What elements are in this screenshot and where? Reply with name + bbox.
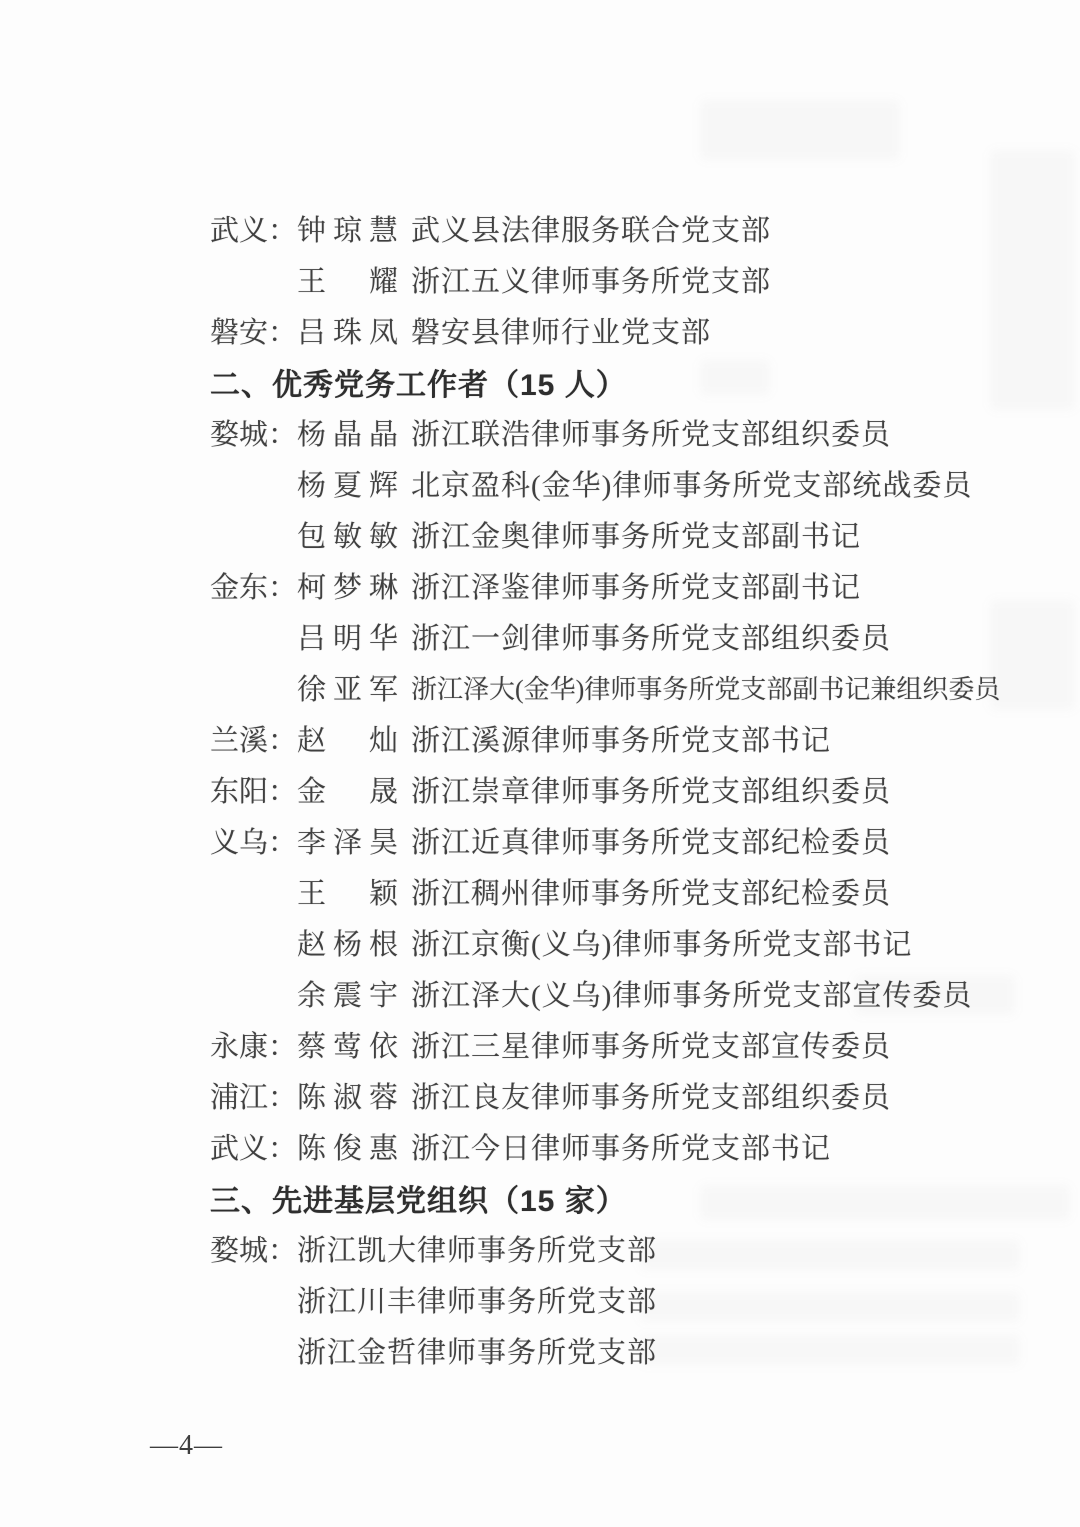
person-name: 包敏敏 — [297, 514, 411, 555]
region-label: 永康： — [210, 1024, 297, 1065]
region-label: 磐安： — [210, 310, 297, 351]
list-item: 磐安：吕珠凤磐安县律师行业党支部 — [210, 305, 1070, 356]
person-name: 余震宇 — [297, 973, 411, 1014]
section-heading: 三、先进基层党组织（15 家） — [210, 1172, 1070, 1223]
organization-name: 北京盈科(金华)律师事务所党支部统战委员 — [411, 463, 972, 504]
list-item: 浙江川丰律师事务所党支部 — [210, 1274, 1070, 1325]
list-item: 浙江金哲律师事务所党支部 — [210, 1325, 1070, 1376]
list-item: 杨夏辉北京盈科(金华)律师事务所党支部统战委员 — [210, 458, 1070, 509]
organization-name: 浙江金哲律师事务所党支部 — [297, 1330, 657, 1371]
organization-name: 浙江金奥律师事务所党支部副书记 — [411, 514, 861, 555]
person-name: 柯梦琳 — [297, 565, 411, 606]
person-name: 李泽昊 — [297, 820, 411, 861]
list-item: 王 颖浙江稠州律师事务所党支部纪检委员 — [210, 866, 1070, 917]
list-item: 吕明华浙江一剑律师事务所党支部组织委员 — [210, 611, 1070, 662]
list-item: 王 耀浙江五义律师事务所党支部 — [210, 254, 1070, 305]
organization-name: 浙江泽大(金华)律师事务所党支部副书记兼组织委员 — [411, 669, 1000, 706]
person-name: 钟琼慧 — [297, 208, 411, 249]
person-name: 吕珠凤 — [297, 310, 411, 351]
person-name: 赵杨根 — [297, 922, 411, 963]
list-item: 武义：钟琼慧武义县法律服务联合党支部 — [210, 203, 1070, 254]
person-name: 赵 灿 — [297, 718, 411, 759]
list-item: 余震宇浙江泽大(义乌)律师事务所党支部宣传委员 — [210, 968, 1070, 1019]
list-item: 包敏敏浙江金奥律师事务所党支部副书记 — [210, 509, 1070, 560]
organization-name: 浙江泽鉴律师事务所党支部副书记 — [411, 565, 861, 606]
list-item: 东阳：金 晟浙江崇章律师事务所党支部组织委员 — [210, 764, 1070, 815]
organization-name: 浙江泽大(义乌)律师事务所党支部宣传委员 — [411, 973, 972, 1014]
list-item: 浦江：陈淑蓉浙江良友律师事务所党支部组织委员 — [210, 1070, 1070, 1121]
person-name: 蔡莺依 — [297, 1024, 411, 1065]
person-name: 徐亚军 — [297, 667, 411, 708]
organization-name: 磐安县律师行业党支部 — [411, 310, 711, 351]
organization-name: 浙江凯大律师事务所党支部 — [297, 1228, 657, 1269]
organization-name: 浙江五义律师事务所党支部 — [411, 259, 771, 300]
list-item: 婺城：杨晶晶浙江联浩律师事务所党支部组织委员 — [210, 407, 1070, 458]
organization-name: 浙江溪源律师事务所党支部书记 — [411, 718, 831, 759]
list-item: 义乌：李泽昊浙江近真律师事务所党支部纪检委员 — [210, 815, 1070, 866]
region-label: 武义： — [210, 1126, 297, 1167]
organization-name: 浙江良友律师事务所党支部组织委员 — [411, 1075, 891, 1116]
region-label: 兰溪： — [210, 718, 297, 759]
organization-name: 浙江京衡(义乌)律师事务所党支部书记 — [411, 922, 912, 963]
list-item: 徐亚军浙江泽大(金华)律师事务所党支部副书记兼组织委员 — [210, 662, 1070, 713]
bleed-through-mark — [700, 100, 900, 160]
list-item: 婺城：浙江凯大律师事务所党支部 — [210, 1223, 1070, 1274]
organization-name: 浙江川丰律师事务所党支部 — [297, 1279, 657, 1320]
person-name: 陈俊惠 — [297, 1126, 411, 1167]
region-label: 婺城： — [210, 1228, 297, 1269]
organization-name: 浙江近真律师事务所党支部纪检委员 — [411, 820, 891, 861]
scanned-document-page: 武义：钟琼慧武义县法律服务联合党支部王 耀浙江五义律师事务所党支部磐安：吕珠凤磐… — [0, 0, 1080, 1527]
person-name: 杨晶晶 — [297, 412, 411, 453]
award-list: 武义：钟琼慧武义县法律服务联合党支部王 耀浙江五义律师事务所党支部磐安：吕珠凤磐… — [210, 203, 1070, 1376]
organization-name: 浙江一剑律师事务所党支部组织委员 — [411, 616, 891, 657]
list-item: 金东：柯梦琳浙江泽鉴律师事务所党支部副书记 — [210, 560, 1070, 611]
organization-name: 浙江联浩律师事务所党支部组织委员 — [411, 412, 891, 453]
organization-name: 浙江今日律师事务所党支部书记 — [411, 1126, 831, 1167]
region-label: 义乌： — [210, 820, 297, 861]
region-label: 婺城： — [210, 412, 297, 453]
region-label: 武义： — [210, 208, 297, 249]
list-item: 赵杨根浙江京衡(义乌)律师事务所党支部书记 — [210, 917, 1070, 968]
person-name: 杨夏辉 — [297, 463, 411, 504]
organization-name: 浙江三星律师事务所党支部宣传委员 — [411, 1024, 891, 1065]
region-label: 东阳： — [210, 769, 297, 810]
person-name: 吕明华 — [297, 616, 411, 657]
region-label: 金东： — [210, 565, 297, 606]
list-item: 兰溪：赵 灿浙江溪源律师事务所党支部书记 — [210, 713, 1070, 764]
person-name: 金 晟 — [297, 769, 411, 810]
page-number: —4— — [150, 1430, 223, 1462]
organization-name: 浙江稠州律师事务所党支部纪检委员 — [411, 871, 891, 912]
person-name: 陈淑蓉 — [297, 1075, 411, 1116]
organization-name: 浙江崇章律师事务所党支部组织委员 — [411, 769, 891, 810]
organization-name: 武义县法律服务联合党支部 — [411, 208, 771, 249]
person-name: 王 耀 — [297, 259, 411, 300]
section-heading: 二、优秀党务工作者（15 人） — [210, 356, 1070, 407]
person-name: 王 颖 — [297, 871, 411, 912]
region-label: 浦江： — [210, 1075, 297, 1116]
list-item: 永康：蔡莺依浙江三星律师事务所党支部宣传委员 — [210, 1019, 1070, 1070]
list-item: 武义：陈俊惠浙江今日律师事务所党支部书记 — [210, 1121, 1070, 1172]
